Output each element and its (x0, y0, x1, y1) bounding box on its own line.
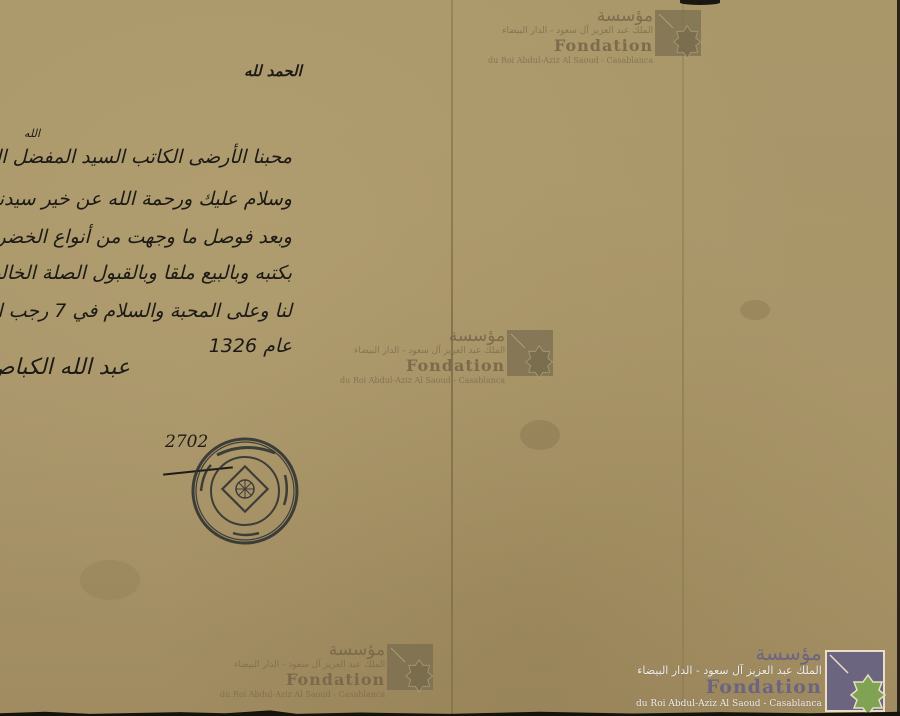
foundation-logo-icon (655, 10, 705, 62)
letter-line: وسلام عليك ورحمة الله عن خير سيدنا نصح ا… (0, 188, 292, 210)
manuscript-page: الحمد لله الله محبنا الأرضى الكاتب السيد… (0, 0, 900, 716)
seal-stamp-icon (189, 435, 301, 547)
paper-edge (680, 0, 720, 5)
foundation-logo-badge: مؤسسة الملك عبد العزيز آل سعود - الدار ا… (636, 643, 886, 716)
letter-date-line: عام 1326 (209, 335, 292, 357)
letter-line: محبنا الأرضى الكاتب السيد المفضل السراج … (0, 146, 292, 168)
paper-stain (740, 300, 770, 320)
foundation-logo-icon (824, 645, 886, 716)
foundation-logo-icon (387, 644, 437, 696)
paper-fold-line (682, 0, 684, 716)
letter-line: الله (24, 127, 40, 140)
foundation-logo-icon (507, 330, 557, 382)
paper-stain (520, 420, 560, 450)
paper-stain (80, 560, 140, 600)
letter-line: لنا وعلى المحبة والسلام في 7 رجب الأصب ا… (0, 300, 292, 322)
invocation-text: الحمد لله (244, 62, 302, 80)
letter-line: وبعد فوصل ما وجهت من أنواع الخضر المبنية (0, 226, 292, 248)
letter-line: بكتبه وبالبيع ملقا وبالقبول الصلة الخالص… (0, 262, 292, 284)
foundation-watermark: مؤسسة الملك عبد العزيز آل سعود - الدار ا… (488, 8, 705, 65)
signature: عبد الله الكباص (0, 355, 130, 380)
foundation-watermark: مؤسسة الملك عبد العزيز آل سعود - الدار ا… (220, 642, 437, 699)
foundation-watermark: مؤسسة الملك عبد العزيز آل سعود - الدار ا… (340, 328, 557, 385)
